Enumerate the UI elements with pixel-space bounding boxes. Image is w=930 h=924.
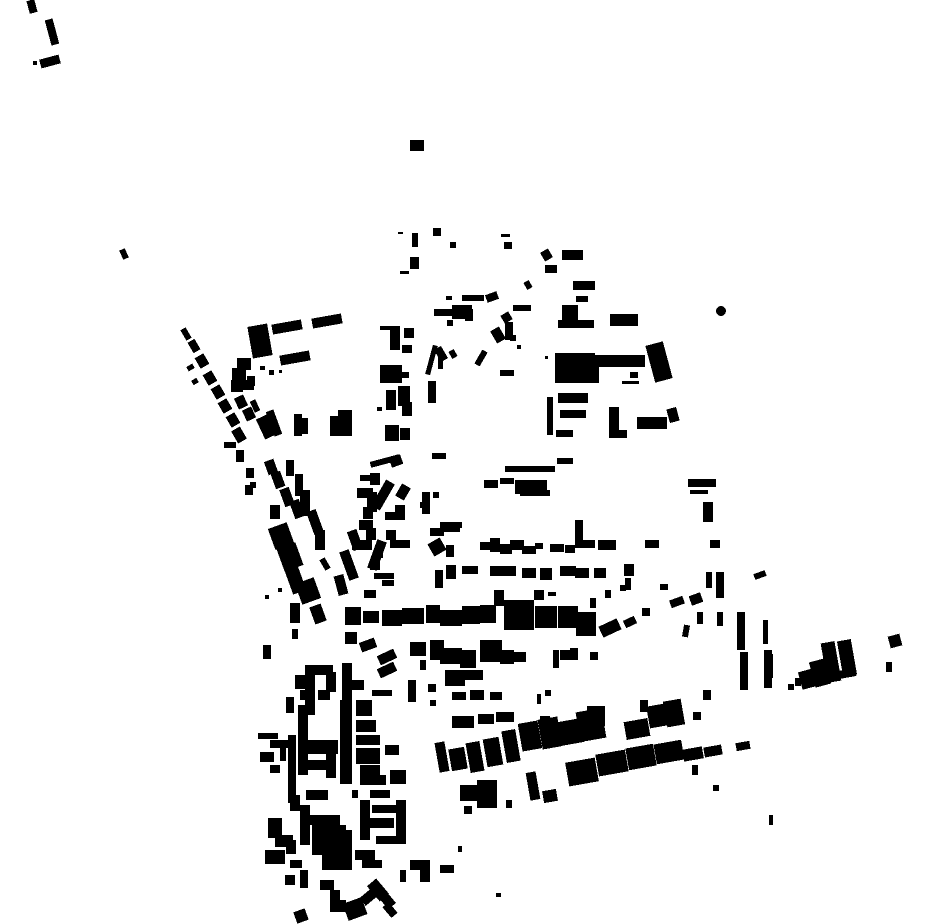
building bbox=[280, 745, 286, 761]
building bbox=[570, 648, 578, 660]
building bbox=[494, 590, 504, 606]
building bbox=[556, 430, 573, 437]
building bbox=[506, 800, 512, 808]
building bbox=[624, 564, 634, 576]
building bbox=[370, 560, 380, 570]
building bbox=[279, 370, 282, 373]
building bbox=[558, 320, 594, 328]
building bbox=[622, 381, 639, 384]
building bbox=[716, 572, 724, 598]
building bbox=[408, 680, 416, 702]
building bbox=[295, 675, 305, 689]
building bbox=[352, 540, 372, 550]
building bbox=[440, 610, 462, 626]
building bbox=[693, 712, 701, 720]
building bbox=[500, 370, 514, 376]
building bbox=[420, 502, 426, 508]
building bbox=[545, 690, 551, 696]
building bbox=[462, 606, 480, 624]
building bbox=[788, 684, 794, 690]
building bbox=[480, 605, 496, 623]
building bbox=[402, 402, 412, 416]
building bbox=[795, 678, 801, 686]
building bbox=[610, 314, 638, 326]
building bbox=[236, 450, 244, 462]
building bbox=[278, 588, 282, 592]
building bbox=[464, 806, 472, 814]
building bbox=[362, 860, 382, 868]
building bbox=[534, 590, 544, 600]
building bbox=[713, 785, 719, 791]
building bbox=[583, 540, 595, 548]
building bbox=[510, 335, 516, 341]
building bbox=[375, 548, 383, 558]
building bbox=[540, 568, 552, 580]
building bbox=[703, 502, 713, 522]
building bbox=[356, 700, 372, 716]
building bbox=[340, 700, 352, 784]
building bbox=[501, 234, 510, 237]
building bbox=[517, 345, 521, 349]
building bbox=[496, 712, 514, 722]
building bbox=[560, 410, 586, 418]
building bbox=[565, 545, 575, 553]
building bbox=[558, 606, 578, 628]
building bbox=[645, 540, 659, 548]
building bbox=[504, 600, 534, 630]
building bbox=[513, 305, 531, 311]
building bbox=[246, 468, 254, 478]
building bbox=[270, 505, 280, 519]
building bbox=[620, 585, 626, 591]
building bbox=[435, 570, 443, 588]
building bbox=[428, 684, 436, 692]
building bbox=[692, 765, 698, 775]
building bbox=[550, 544, 564, 552]
building bbox=[400, 271, 409, 274]
building bbox=[400, 428, 410, 440]
building bbox=[390, 540, 410, 548]
building bbox=[322, 850, 342, 870]
building bbox=[717, 612, 723, 626]
building bbox=[500, 478, 514, 484]
building bbox=[490, 566, 516, 576]
building bbox=[396, 800, 406, 840]
building bbox=[290, 795, 300, 811]
building bbox=[555, 353, 595, 368]
building bbox=[372, 690, 392, 696]
building bbox=[269, 370, 274, 375]
building bbox=[557, 458, 573, 464]
building bbox=[490, 538, 500, 552]
building bbox=[330, 890, 340, 900]
building bbox=[478, 714, 494, 724]
building bbox=[292, 629, 298, 639]
building bbox=[452, 716, 474, 728]
building bbox=[740, 652, 748, 690]
building bbox=[609, 430, 627, 438]
round-building bbox=[716, 306, 726, 316]
building bbox=[545, 265, 557, 273]
building bbox=[315, 530, 325, 550]
building bbox=[438, 357, 443, 369]
building bbox=[576, 612, 596, 636]
building bbox=[345, 607, 361, 625]
building bbox=[258, 733, 278, 739]
building bbox=[286, 840, 296, 854]
building bbox=[430, 700, 436, 706]
building bbox=[395, 372, 409, 378]
building bbox=[522, 546, 536, 554]
building bbox=[390, 770, 406, 784]
building bbox=[395, 505, 405, 515]
building bbox=[446, 296, 452, 300]
building bbox=[640, 700, 648, 712]
building bbox=[587, 706, 605, 726]
building bbox=[480, 640, 502, 662]
building bbox=[562, 250, 583, 260]
building bbox=[505, 466, 555, 472]
building bbox=[558, 393, 588, 403]
building bbox=[326, 742, 336, 778]
building bbox=[590, 652, 598, 660]
building bbox=[520, 490, 550, 496]
building bbox=[263, 645, 271, 659]
building bbox=[573, 281, 595, 290]
building bbox=[355, 850, 375, 860]
building bbox=[545, 356, 548, 359]
building bbox=[690, 490, 708, 494]
building bbox=[537, 694, 541, 704]
building bbox=[410, 642, 426, 656]
building bbox=[595, 355, 645, 367]
building bbox=[412, 233, 418, 247]
building bbox=[290, 860, 302, 868]
building bbox=[350, 680, 364, 690]
building bbox=[398, 232, 403, 234]
building bbox=[433, 228, 441, 236]
building bbox=[360, 775, 386, 785]
figure-ground-map bbox=[0, 0, 930, 924]
building bbox=[382, 610, 402, 626]
building bbox=[306, 790, 328, 800]
building bbox=[500, 650, 514, 664]
building bbox=[290, 603, 300, 623]
building bbox=[697, 612, 703, 624]
building bbox=[247, 376, 255, 386]
building bbox=[446, 565, 456, 579]
building bbox=[286, 697, 294, 713]
building bbox=[548, 592, 556, 596]
building bbox=[470, 690, 484, 700]
building bbox=[370, 790, 390, 798]
building bbox=[763, 620, 768, 644]
building bbox=[576, 296, 588, 302]
building bbox=[542, 789, 558, 803]
building bbox=[590, 598, 596, 608]
building bbox=[514, 652, 526, 662]
building bbox=[285, 875, 295, 885]
building bbox=[352, 790, 358, 798]
building bbox=[410, 257, 419, 269]
building bbox=[688, 479, 716, 487]
building bbox=[360, 475, 372, 481]
building bbox=[433, 492, 439, 498]
building bbox=[390, 326, 400, 350]
building bbox=[445, 670, 465, 686]
building bbox=[420, 660, 426, 670]
building bbox=[480, 542, 490, 550]
building bbox=[265, 850, 285, 864]
building bbox=[555, 367, 599, 383]
building bbox=[510, 540, 524, 550]
building bbox=[575, 520, 583, 548]
building bbox=[560, 566, 576, 576]
building bbox=[372, 805, 396, 813]
building bbox=[458, 846, 462, 852]
building bbox=[232, 368, 246, 382]
building bbox=[637, 417, 667, 429]
building bbox=[565, 758, 599, 787]
building bbox=[410, 140, 424, 151]
building bbox=[338, 410, 352, 420]
building bbox=[465, 670, 483, 680]
building bbox=[769, 654, 773, 678]
building bbox=[260, 366, 265, 370]
building bbox=[703, 690, 711, 700]
building bbox=[660, 584, 668, 590]
building bbox=[426, 605, 440, 623]
building bbox=[446, 545, 454, 557]
building bbox=[286, 460, 294, 476]
building bbox=[420, 870, 430, 882]
building bbox=[370, 818, 394, 828]
building bbox=[386, 390, 396, 410]
building bbox=[410, 860, 430, 870]
building bbox=[535, 606, 557, 628]
building bbox=[310, 815, 340, 825]
building bbox=[363, 611, 379, 623]
building bbox=[364, 590, 376, 598]
building bbox=[642, 608, 650, 616]
building bbox=[598, 540, 616, 550]
building bbox=[377, 407, 382, 411]
building bbox=[288, 735, 296, 803]
building bbox=[402, 608, 424, 624]
building bbox=[265, 595, 269, 599]
building bbox=[326, 672, 336, 692]
building bbox=[553, 650, 559, 668]
building bbox=[363, 507, 373, 519]
building bbox=[886, 662, 892, 672]
building bbox=[769, 815, 773, 825]
building bbox=[456, 522, 462, 528]
building bbox=[356, 748, 380, 764]
building bbox=[522, 568, 536, 578]
building bbox=[360, 765, 380, 775]
building bbox=[386, 530, 396, 540]
building bbox=[404, 328, 414, 338]
building bbox=[440, 648, 462, 664]
building bbox=[630, 372, 638, 378]
building bbox=[300, 418, 308, 434]
building bbox=[300, 870, 308, 888]
building bbox=[374, 573, 394, 579]
building bbox=[434, 309, 454, 316]
building bbox=[270, 765, 280, 773]
building bbox=[33, 61, 37, 65]
building bbox=[402, 345, 412, 353]
building bbox=[382, 580, 394, 586]
building bbox=[504, 242, 512, 249]
building bbox=[385, 425, 399, 441]
building bbox=[345, 632, 357, 644]
building bbox=[496, 893, 501, 897]
building bbox=[477, 780, 497, 808]
building bbox=[460, 650, 476, 668]
building bbox=[300, 805, 310, 845]
building bbox=[385, 745, 399, 755]
building bbox=[400, 870, 406, 882]
building bbox=[428, 381, 436, 403]
building bbox=[706, 572, 712, 588]
building bbox=[450, 242, 456, 248]
building bbox=[575, 568, 589, 578]
building bbox=[356, 720, 376, 732]
building bbox=[260, 752, 274, 762]
building bbox=[484, 480, 498, 488]
building bbox=[320, 880, 334, 890]
building bbox=[490, 692, 502, 700]
building bbox=[250, 482, 256, 488]
building bbox=[447, 320, 453, 326]
building bbox=[366, 528, 376, 540]
building bbox=[432, 453, 446, 459]
building bbox=[594, 568, 606, 578]
building bbox=[605, 590, 611, 598]
building bbox=[360, 800, 370, 840]
building bbox=[224, 442, 236, 448]
building bbox=[737, 612, 745, 650]
building bbox=[440, 865, 454, 873]
building bbox=[356, 735, 380, 745]
building bbox=[465, 309, 473, 321]
building bbox=[462, 566, 478, 574]
building bbox=[710, 540, 720, 548]
building bbox=[535, 543, 543, 549]
building bbox=[452, 692, 466, 700]
building bbox=[547, 397, 553, 435]
building bbox=[462, 295, 484, 301]
building bbox=[342, 830, 352, 870]
